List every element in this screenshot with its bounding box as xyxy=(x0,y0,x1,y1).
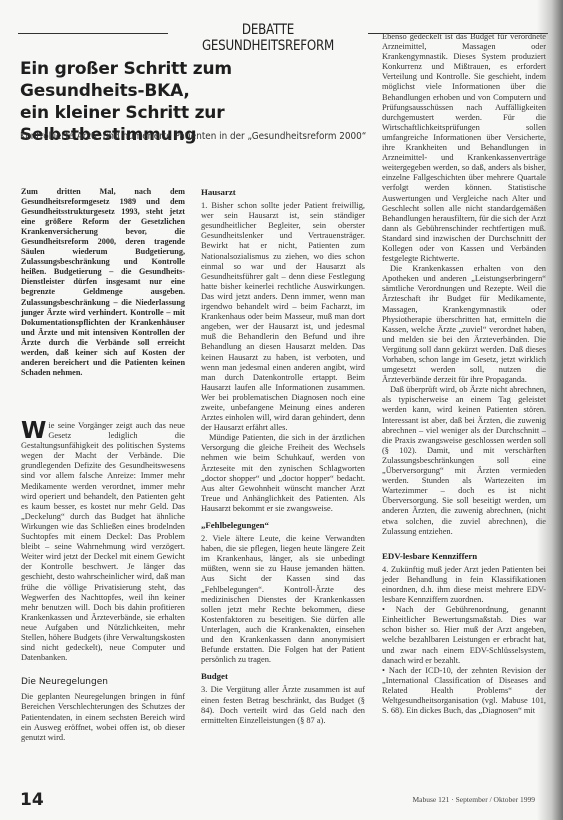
col3-edv-bullet-2: • Nach der ICD-10, der zehnten Revision … xyxy=(382,666,546,716)
headline-line-1: Ein großer Schritt zum Gesundheits-BKA, xyxy=(20,59,232,101)
magazine-page: DEBATTE GESUNDHEITSREFORM Ein großer Sch… xyxy=(0,0,563,820)
column-2: Hausarzt 1. Bisher schon sollte jeder Pa… xyxy=(201,187,365,726)
col1-intro-text: ie seine Vorgänger zeigt auch das neue G… xyxy=(21,421,185,662)
col2-hausarzt-p2: Mündige Patienten, die sich in der ärztl… xyxy=(201,433,365,514)
book-spine-shadow xyxy=(537,0,563,820)
col3-p3: Daß überprüft wird, ob Ärzte nicht abrec… xyxy=(382,385,546,536)
article-subtitle: Kontrollierte Ärzte und numerierte Patie… xyxy=(20,131,327,142)
rubric-label: DEBATTE GESUNDHEITSREFORM xyxy=(188,22,349,54)
col3-edv-bullet-1: • Nach der Gebührenordnung, genannt Einh… xyxy=(382,605,546,666)
rubric-rule-left xyxy=(18,33,168,34)
col1-intro-paragraph: Wie seine Vorgänger zeigt auch das neue … xyxy=(21,421,185,663)
section-heading-fehlbelegungen: „Fehlbelegungen“ xyxy=(201,520,365,530)
section-heading-edv-kennziffern: EDV-lesbare Kennziffern xyxy=(382,551,546,561)
col3-p2: Die Krankenkassen erhalten von den Apoth… xyxy=(382,264,546,385)
section-heading-neuregelungen: Die Neuregelungen xyxy=(21,677,185,687)
page-number: 14 xyxy=(20,790,44,810)
section-heading-budget: Budget xyxy=(201,671,365,681)
column-1: Wie seine Vorgänger zeigt auch das neue … xyxy=(21,421,185,743)
col3-edv-p1: 4. Zukünftig muß jeder Arzt jeden Patien… xyxy=(382,565,546,605)
col2-hausarzt-p1: 1. Bisher schon sollte jeder Patient fre… xyxy=(201,201,365,433)
col2-budget-p1: 3. Die Vergütung aller Ärzte zusammen is… xyxy=(201,685,365,725)
column-3: Ebenso gedeckelt ist das Budget für vero… xyxy=(382,32,546,716)
article-lead: Zum dritten Mal, nach dem Gesundheitsref… xyxy=(21,187,185,378)
section-heading-hausarzt: Hausarzt xyxy=(201,187,365,197)
drop-cap: W xyxy=(21,421,46,441)
col2-fehlbelegungen-p1: 2. Viele ältere Leute, die keine Verwand… xyxy=(201,534,365,665)
col1-section-text: Die geplanten Neuregelungen bringen in f… xyxy=(21,692,185,742)
issue-footer: Mabuse 121 · September / Oktober 1999 xyxy=(413,795,535,804)
col3-p1: Ebenso gedeckelt ist das Budget für vero… xyxy=(382,32,546,264)
